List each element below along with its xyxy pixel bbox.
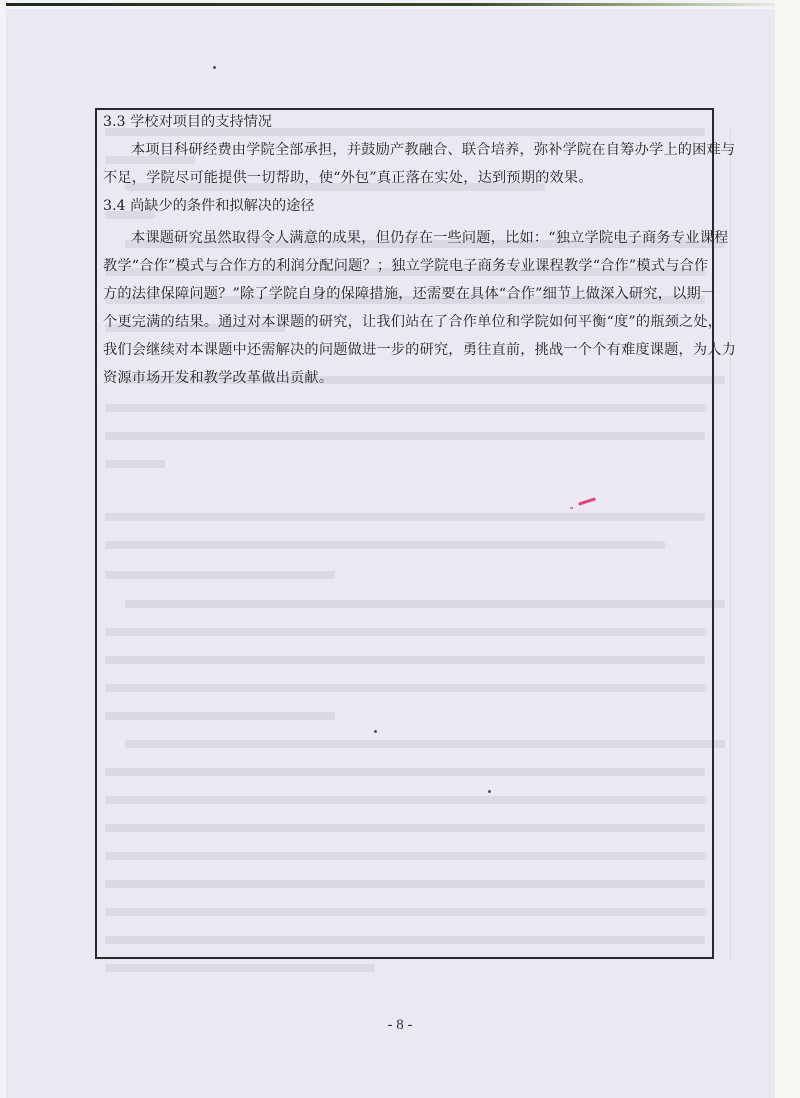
paragraph-line: 本项目科研经费由学院全部承担，并鼓励产教融合、联合培养，弥补学院在自筹办学上的困…	[131, 139, 735, 159]
section-heading-3-3: 3.3 学校对项目的支持情况	[103, 111, 272, 131]
section-heading-3-4: 3.4 尚缺少的条件和拟解决的途径	[103, 195, 315, 215]
scan-speck	[374, 730, 377, 733]
paragraph-line: 资源市场开发和教学改革做出贡献。	[103, 367, 333, 387]
paragraph-line: 方的法律保障问题？”除了学院自身的保障措施，还需要在具体“合作”细节上做深入研究…	[103, 283, 715, 303]
paragraph-line: 不足，学院尽可能提供一切帮助，使“外包”真正落在实处，达到预期的效果。	[103, 167, 593, 187]
scan-right-margin	[775, 0, 800, 1098]
page-number: - 8 -	[0, 1017, 800, 1034]
scan-top-edge	[6, 3, 776, 6]
bleed-through-line	[105, 964, 375, 972]
scan-speck	[213, 66, 216, 69]
paragraph-line: 我们会继续对本课题中还需解决的问题做进一步的研究，勇往直前，挑战一个个有难度课题…	[103, 339, 736, 359]
paragraph-line: 本课题研究虽然取得令人满意的成果，但仍存在一些问题，比如：“独立学院电子商务专业…	[131, 227, 728, 247]
pen-mark	[570, 507, 573, 509]
scan-speck	[488, 790, 491, 793]
paragraph-line: 个更完满的结果。通过对本课题的研究，让我们站在了合作单位和学院如何平衡“度”的瓶…	[103, 311, 722, 331]
paragraph-line: 教学“合作”模式与合作方的利润分配问题？；独立学院电子商务专业课程教学“合作”模…	[103, 255, 708, 275]
